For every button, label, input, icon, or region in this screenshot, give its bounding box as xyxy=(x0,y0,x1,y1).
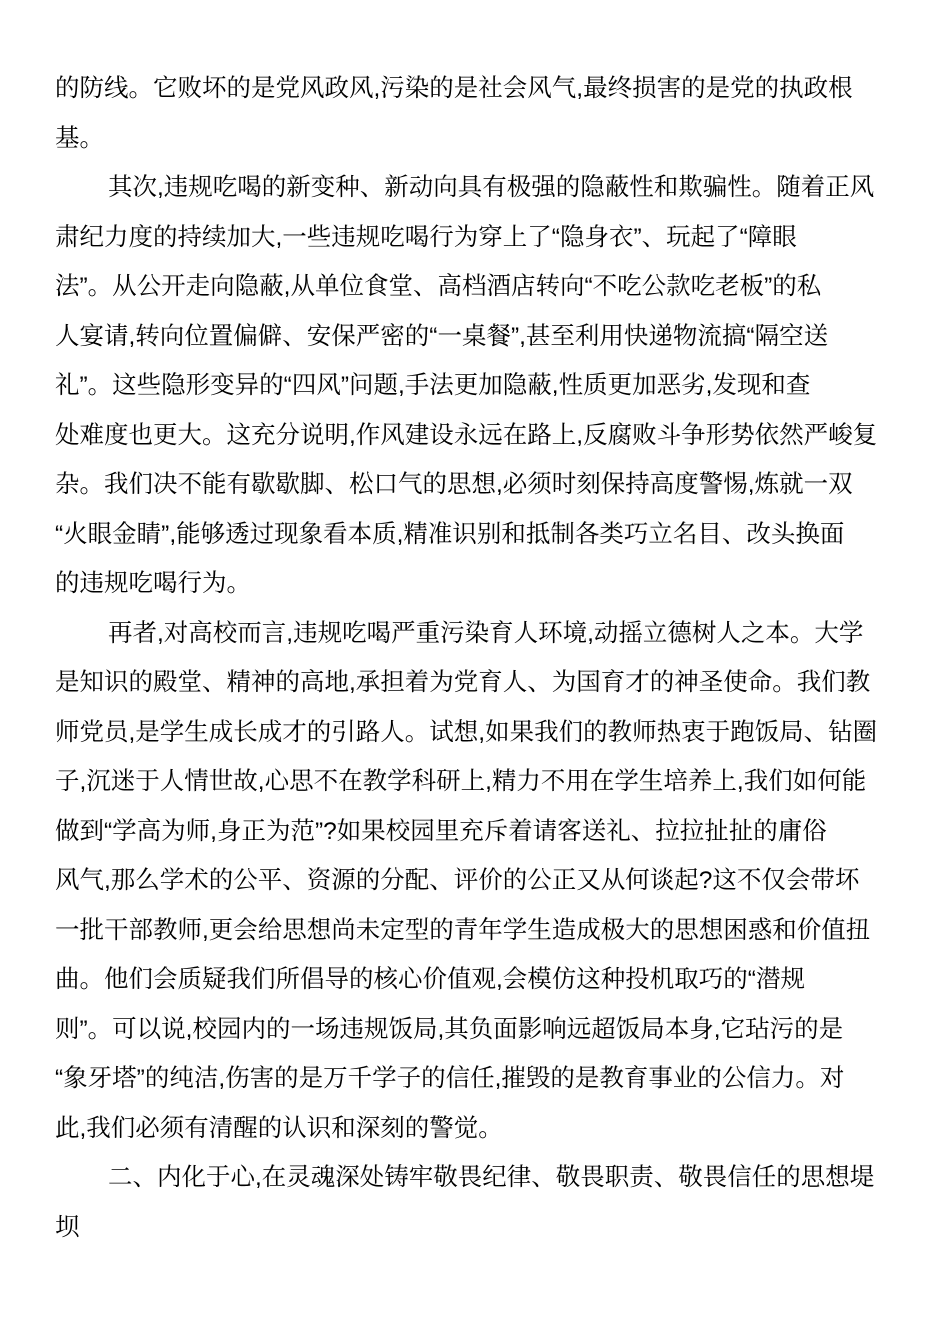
text-line: 是知识的殿堂、精神的高地,承担着为党育人、为国育才的神圣使命。我们教 xyxy=(55,658,896,708)
text-line: 则”。可以说,校园内的一场违规饭局,其负面影响远超饭局本身,它玷污的是 xyxy=(55,1005,896,1055)
text-line: 曲。他们会质疑我们所倡导的核心价值观,会模仿这种投机取巧的“潜规 xyxy=(55,955,896,1005)
text-line: 风气,那么学术的公平、资源的分配、评价的公正又从何谈起?这不仅会带坏 xyxy=(55,856,896,906)
text-line: 师党员,是学生成长成才的引路人。试想,如果我们的教师热衷于跑饭局、钻圈 xyxy=(55,708,896,758)
heading-line: 二、内化于心,在灵魂深处铸牢敬畏纪律、敬畏职责、敬畏信任的思想堤 xyxy=(55,1153,896,1203)
text-line: 法”。从公开走向隐蔽,从单位食堂、高档酒店转向“不吃公款吃老板”的私 xyxy=(55,262,896,312)
text-line: 礼”。这些隐形变异的“四风”问题,手法更加隐蔽,性质更加恶劣,发现和查 xyxy=(55,361,896,411)
heading-line: 坝 xyxy=(55,1203,896,1253)
text-line: 的防线。它败坏的是党风政风,污染的是社会风气,最终损害的是党的执政根 xyxy=(55,64,896,114)
text-line: 其次,违规吃喝的新变种、新动向具有极强的隐蔽性和欺骗性。随着正风 xyxy=(55,163,896,213)
text-line: 做到“学高为师,身正为范”?如果校园里充斥着请客送礼、拉拉扯扯的庸俗 xyxy=(55,807,896,857)
text-line: 肃纪力度的持续加大,一些违规吃喝行为穿上了“隐身衣”、玩起了“障眼 xyxy=(55,213,896,263)
text-line: 人宴请,转向位置偏僻、安保严密的“一桌餐”,甚至利用快递物流搞“隔空送 xyxy=(55,312,896,362)
text-line: 此,我们必须有清醒的认识和深刻的警觉。 xyxy=(55,1104,896,1154)
text-line: 的违规吃喝行为。 xyxy=(55,559,896,609)
text-line: 再者,对高校而言,违规吃喝严重污染育人环境,动摇立德树人之本。大学 xyxy=(55,609,896,659)
text-line: 杂。我们决不能有歇歇脚、松口气的思想,必须时刻保持高度警惕,炼就一双 xyxy=(55,460,896,510)
section-heading: 二、内化于心,在灵魂深处铸牢敬畏纪律、敬畏职责、敬畏信任的思想堤 坝 xyxy=(55,1153,896,1252)
text-line: 基。 xyxy=(55,114,896,164)
paragraph-continuation: 的防线。它败坏的是党风政风,污染的是社会风气,最终损害的是党的执政根 基。 xyxy=(55,64,896,163)
text-line: 一批干部教师,更会给思想尚未定型的青年学生造成极大的思想困惑和价值扭 xyxy=(55,906,896,956)
paragraph-furthermore: 再者,对高校而言,违规吃喝严重污染育人环境,动摇立德树人之本。大学 是知识的殿堂… xyxy=(55,609,896,1154)
text-line: “象牙塔”的纯洁,伤害的是万千学子的信任,摧毁的是教育事业的公信力。对 xyxy=(55,1054,896,1104)
text-line: 处难度也更大。这充分说明,作风建设永远在路上,反腐败斗争形势依然严峻复 xyxy=(55,411,896,461)
paragraph-secondly: 其次,违规吃喝的新变种、新动向具有极强的隐蔽性和欺骗性。随着正风 肃纪力度的持续… xyxy=(55,163,896,609)
text-line: “火眼金睛”,能够透过现象看本质,精准识别和抵制各类巧立名目、改头换面 xyxy=(55,510,896,560)
text-line: 子,沉迷于人情世故,心思不在教学科研上,精力不用在学生培养上,我们如何能 xyxy=(55,757,896,807)
document-page: 的防线。它败坏的是党风政风,污染的是社会风气,最终损害的是党的执政根 基。 其次… xyxy=(55,64,896,1252)
